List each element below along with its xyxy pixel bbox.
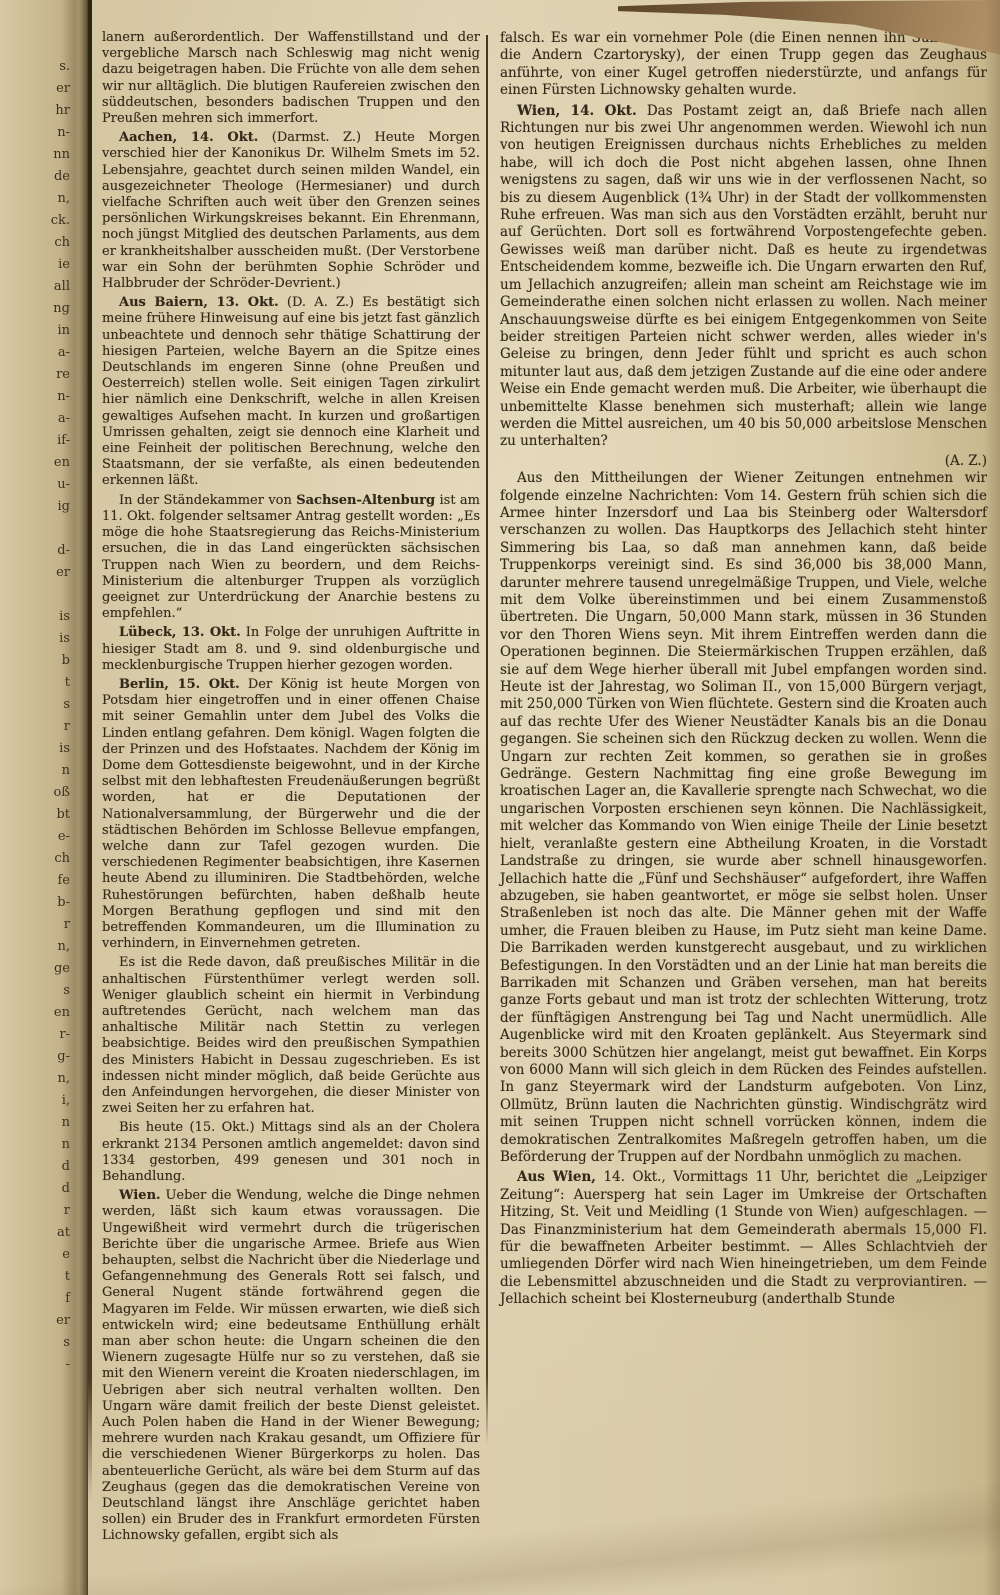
dateline-lead: Aus Baiern, 13. Okt.: [119, 295, 279, 310]
paragraph-text: Das Postamt zeigt an, daß Briefe nach al…: [500, 103, 987, 450]
dateline-lead: Aus Wien,: [517, 1169, 596, 1185]
dateline-lead: Lübeck, 13. Okt.: [119, 625, 241, 640]
page-gutter-rule: [88, 0, 92, 1500]
article-paragraph: Lübeck, 13. Okt. In Folge der unruhigen …: [102, 625, 480, 674]
article-paragraph: Wien, 14. Okt. Das Postamt zeigt an, daß…: [500, 103, 987, 451]
page-fold-shadow: [60, 0, 80, 1595]
article-paragraph: Berlin, 15. Okt. Der König ist heute Mor…: [102, 677, 480, 952]
dateline-lead: Wien.: [119, 1188, 161, 1203]
dateline-lead: Aachen, 14. Okt.: [119, 130, 258, 145]
dateline-lead: Wien, 14. Okt.: [517, 103, 637, 119]
article-paragraph: Es ist die Rede davon, daß preußisches M…: [102, 955, 480, 1117]
inline-bold-name: Sachsen-Altenburg: [296, 493, 435, 508]
paper-crease: [0, 1445, 1000, 1595]
article-paragraph: Bis heute (15. Okt.) Mittags sind als an…: [102, 1120, 480, 1185]
dateline-lead: Berlin, 15. Okt.: [119, 677, 240, 692]
column-divider-rule: [486, 35, 488, 1445]
left-column: lanern außerordentlich. Der Waffenstills…: [102, 30, 480, 1548]
paragraph-text: Bis heute (15. Okt.) Mittags sind als an…: [102, 1120, 480, 1184]
source-attribution: (A. Z.): [500, 453, 987, 470]
article-paragraph: In der Ständekammer von Sachsen-Altenbur…: [102, 493, 480, 623]
paragraph-text: (D. A. Z.) Es bestätigt sich meine frühe…: [102, 295, 480, 488]
article-paragraph: Aus Baiern, 13. Okt. (D. A. Z.) Es bestä…: [102, 295, 480, 489]
paragraph-text: falsch. Es war ein vornehmer Pole (die E…: [500, 30, 987, 98]
article-paragraph: Aachen, 14. Okt. (Darmst. Z.) Heute Morg…: [102, 130, 480, 292]
paragraph-text: ist am 11. Okt. folgender seltsamer Antr…: [102, 493, 480, 621]
paragraph-pre-text: In der Ständekammer von: [119, 493, 296, 508]
paragraph-text: Der König ist heute Morgen von Potsdam h…: [102, 677, 480, 951]
paragraph-text: Es ist die Rede davon, daß preußisches M…: [102, 955, 480, 1116]
paragraph-text: (Darmst. Z.) Heute Morgen verschied hier…: [102, 130, 480, 291]
article-paragraph: falsch. Es war ein vornehmer Pole (die E…: [500, 30, 987, 100]
newspaper-page-scan: s. er hr n- nn de n, ck. ch ie all ng in…: [0, 0, 1000, 1595]
paper-stain: [770, 960, 1000, 1390]
article-paragraph: lanern außerordentlich. Der Waffenstills…: [102, 30, 480, 127]
paragraph-text: lanern außerordentlich. Der Waffenstills…: [102, 30, 480, 126]
